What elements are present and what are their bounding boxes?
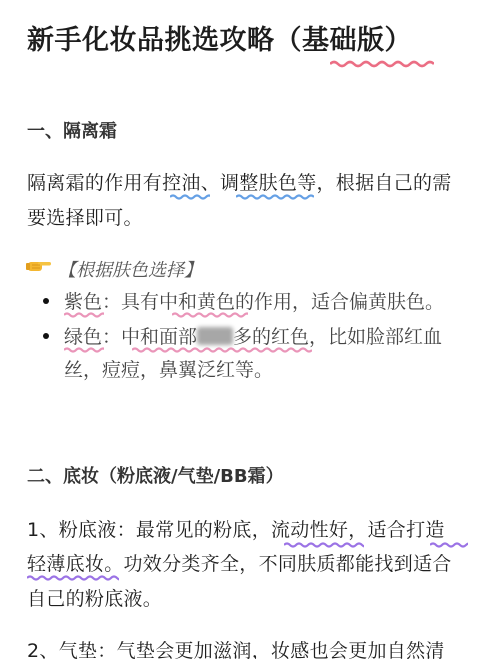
blurred-text xyxy=(197,327,233,345)
liquid-foundation-line3: 自己的粉底液。 xyxy=(27,584,162,611)
blue-wavy-underline-adjust-tone xyxy=(236,193,314,201)
bullet-dot xyxy=(43,298,49,304)
bullet-green-line1: 绿色：中和面部多的红色，比如脸部红血 xyxy=(64,322,442,349)
pointing-hand-icon xyxy=(26,257,52,273)
section-heading-foundation: 二、底妆（粉底液/气垫/BB霜） xyxy=(27,462,284,488)
liquid-foundation-line1: 1、粉底液：最常见的粉底，流动性好，适合打造 xyxy=(27,515,445,542)
blue-wavy-underline-oil-control xyxy=(170,193,210,201)
purple-wavy-underline-fluidity xyxy=(284,541,364,549)
pink-wavy-underline-neutralize-red xyxy=(132,346,312,354)
section-heading-primer: 一、隔离霜 xyxy=(27,117,117,143)
title-main: 新手化妆品挑选攻略 xyxy=(27,25,275,56)
bullet-green-text-b: 多的红色，比如脸部红血 xyxy=(233,326,442,348)
red-wavy-underline xyxy=(330,60,434,68)
liquid-foundation-line2: 轻薄底妆。功效分类齐全，不同肤质都能找到适合 xyxy=(27,549,452,576)
primer-paragraph-line2: 要选择即可。 xyxy=(27,203,143,230)
primer-paragraph-line1: 隔离霜的作用有控油、调整肤色等，根据自己的需 xyxy=(27,168,452,195)
bullet-green-line2: 丝，痘痘，鼻翼泛红等。 xyxy=(64,355,273,382)
bullet-green-text-a: 绿色：中和面部 xyxy=(64,326,197,348)
cushion-line1: 2、气垫：气垫会更加滋润，妆感也会更加自然清 xyxy=(27,636,445,659)
pink-wavy-underline-neutralize-yellow xyxy=(172,311,248,319)
skin-tone-note: 【根据肤色选择】 xyxy=(58,256,202,282)
purple-wavy-underline-create xyxy=(430,541,468,549)
bullet-dot xyxy=(43,333,49,339)
pink-wavy-underline-purple xyxy=(64,311,104,319)
article-page: 新手化妆品挑选攻略（基础版） 一、隔离霜 隔离霜的作用有控油、调整肤色等，根据自… xyxy=(0,0,500,659)
purple-wavy-underline-light-makeup xyxy=(27,574,119,582)
page-title: 新手化妆品挑选攻略（基础版） xyxy=(27,18,412,57)
bullet-purple: 紫色：具有中和黄色的作用，适合偏黄肤色。 xyxy=(64,287,444,314)
pink-wavy-underline-green xyxy=(64,346,104,354)
title-paren: （基础版） xyxy=(275,25,413,56)
